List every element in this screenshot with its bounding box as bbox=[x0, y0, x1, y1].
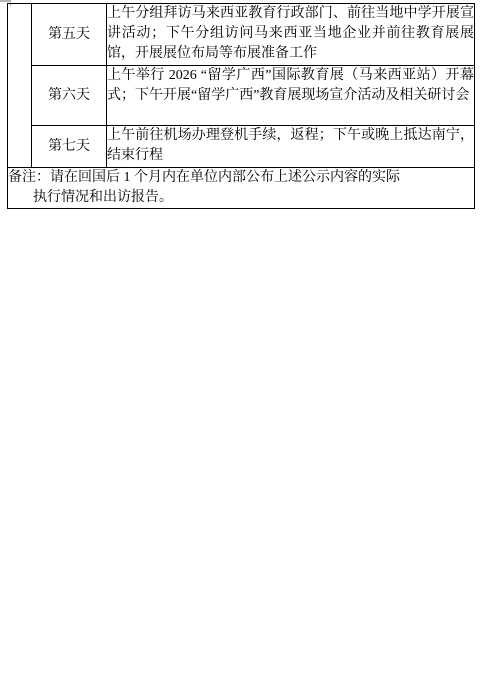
document-page: 第五天 上午分组拜访马来西亚教育行政部门、前往当地中学开展宣讲活动；下午分组访问… bbox=[0, 0, 481, 673]
day-label-day6: 第六天 bbox=[32, 66, 107, 126]
day7-description: 上午前往机场办理登机手续，返程；下午或晚上抵达南宁，结束行程 bbox=[107, 126, 475, 168]
day-label-day5: 第五天 bbox=[32, 4, 107, 66]
day-label-day7: 第七天 bbox=[32, 126, 107, 168]
day5-description: 上午分组拜访马来西亚教育行政部门、前往当地中学开展宣讲活动；下午分组访问马来西亚… bbox=[107, 4, 475, 66]
table-row-day5: 第五天 上午分组拜访马来西亚教育行政部门、前往当地中学开展宣讲活动；下午分组访问… bbox=[8, 4, 475, 66]
empty-margin-cell bbox=[8, 4, 32, 168]
note-cell: 备注：请在回国后 1 个月内在单位内部公布上述公示内容的实际 执行情况和出访报告… bbox=[8, 168, 475, 209]
note-text-line2: 执行情况和出访报告。 bbox=[33, 188, 474, 208]
table-row-day7: 第七天 上午前往机场办理登机手续，返程；下午或晚上抵达南宁，结束行程 bbox=[8, 126, 475, 168]
itinerary-table: 第五天 上午分组拜访马来西亚教育行政部门、前往当地中学开展宣讲活动；下午分组访问… bbox=[7, 3, 475, 209]
note-text-line1: 备注：请在回国后 1 个月内在单位内部公布上述公示内容的实际 bbox=[8, 168, 474, 188]
table-row-day6: 第六天 上午举行 2026 “留学广西”国际教育展（马来西亚站）开幕式；下午开展… bbox=[8, 66, 475, 126]
day6-description: 上午举行 2026 “留学广西”国际教育展（马来西亚站）开幕式；下午开展“留学广… bbox=[107, 66, 475, 126]
table-row-note: 备注：请在回国后 1 个月内在单位内部公布上述公示内容的实际 执行情况和出访报告… bbox=[8, 168, 475, 209]
